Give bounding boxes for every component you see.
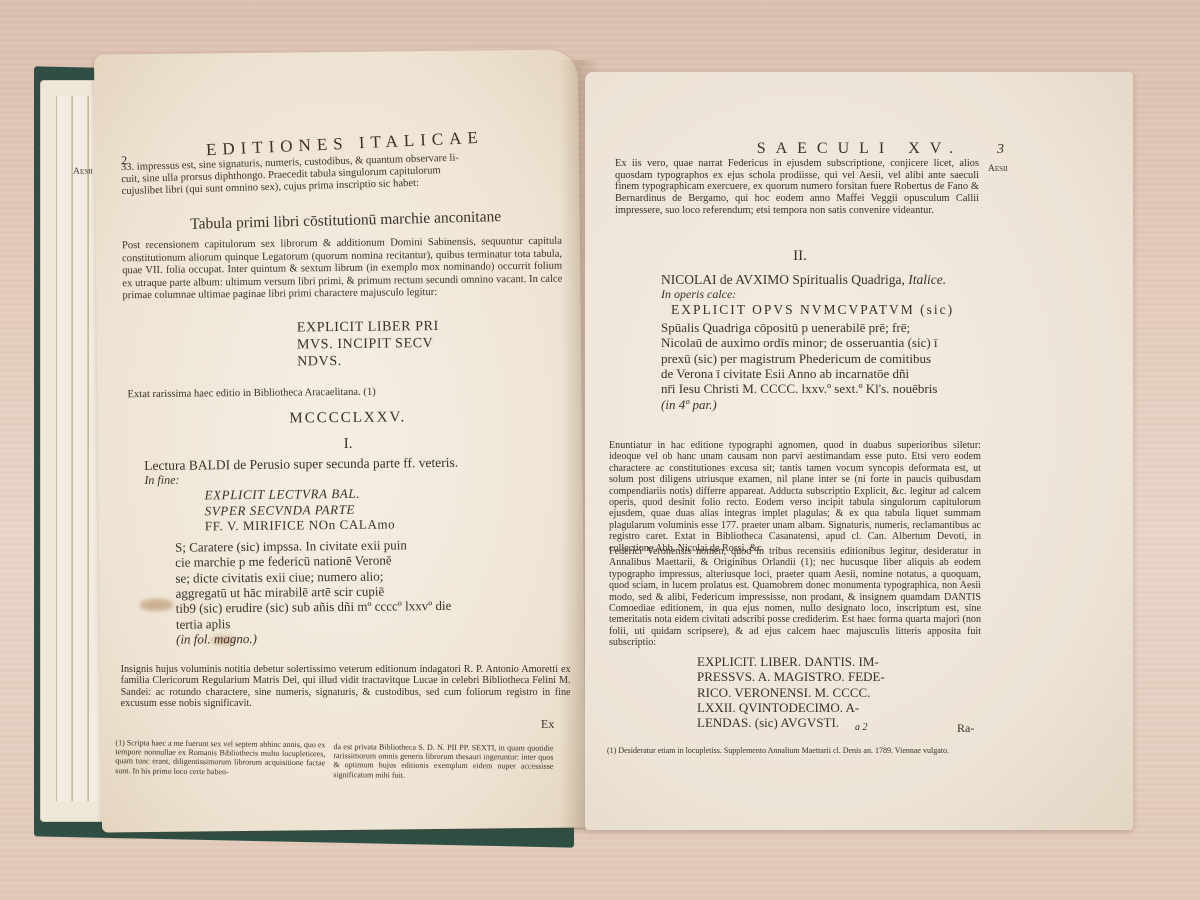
explicit-line: NDVS. [297,353,439,371]
explicit-line: MVS. INCIPIT SECV [297,336,439,354]
extat-line: Extat rarissima haec editio in Bibliothe… [127,385,547,401]
explicit-block-1: EXPLICIT LIBER PRI MVS. INCIPIT SECV NDV… [297,319,440,371]
entry-title-nicolai: NICOLAI de AVXIMO Spiritualis Quadriga, … [661,272,1001,287]
paragraph-enuntiatur: Enuntiatur in hac editione typographi ag… [609,440,981,554]
explicit-line: EXPLICIT LIBER PRI [297,319,439,337]
footnote-left-col-2: da est privata Bibliotheca S. D. N. PII … [333,742,553,780]
colophon-line: nr̄i Iesu Christi M. CCCC. lxxv.º sext.º… [661,381,961,396]
paragraph-ex-iis: Ex iis vero, quae narrat Federicus in ej… [615,158,979,216]
section-number-1: I. [158,434,538,455]
colophon-dantis: EXPLICIT. LIBER. DANTIS. IM- PRESSVS. A.… [697,654,885,731]
foxing-stain [140,599,174,611]
footnote-left-col-1: (1) Scripta haec a me fuerunt sex vel se… [115,738,325,777]
in-fine-label: In fine: [144,474,179,488]
colophon-caps-nicolai: EXPLICIT OPVS NVMCVPATVM (sic) [671,302,954,318]
colophon-line: FF. V. MIRIFICE NOn CALAmo [205,517,395,535]
colophon-text-nicolai: Spūalis Quadriga cōpositū p uenerabilē p… [661,320,961,412]
in-operis-calce-label: In operis calce: [661,288,736,301]
entry-title-italic: Italice. [908,272,946,287]
tabula-title: Tabula primi libri cōstitutionū marchie … [156,207,536,234]
colophon-line: de Verona ī civitate Esii Anno ab incarn… [661,366,961,381]
signature-mark: a 2 [855,722,868,733]
paragraph-insignis: Insignis hujus voluminis notitia debetur… [121,664,571,710]
colophon-line: RICO. VERONENSI. M. CCCC. [697,685,885,700]
colophon-caps-baldi: EXPLICIT LECTVRA BAL. SVPER SECVNDA PART… [204,485,395,534]
paragraph-federici: Federici Veronensis nomen, quod in tribu… [609,546,981,649]
catchword-right: Ra- [957,722,974,735]
margin-note-left: Aesii [73,167,93,178]
colophon-line: Nicolaū de auximo ordīs minor; de osseru… [661,335,961,350]
colophon-line: EXPLICIT. LIBER. DANTIS. IM- [697,654,885,669]
right-page: SAECULI XV. 3 Aesii Ex iis vero, quae na… [585,72,1133,830]
page-number-right: 3 [997,142,1004,158]
format-note: (in 4º par.) [661,397,961,412]
entry-title-baldi: Lectura BALDI de Perusio super secunda p… [144,454,564,474]
format-note: (in fol. magno.) [176,628,536,647]
left-page: EDITIONES ITALICAE 2 Aesii 33. impressus… [94,49,586,832]
section-number-2: II. [615,248,985,265]
running-head-right: SAECULI XV. [735,140,985,158]
catchword-left: Ex [541,718,554,732]
entry-title-text: NICOLAI de AVXIMO Spiritualis Quadriga, [661,272,905,287]
colophon-line: LXXII. QVINTODECIMO. A- [697,700,885,715]
page-edge-stack [56,96,72,801]
footnote-right: (1) Desideratur etiam in locupletiss. Su… [607,746,983,755]
colophon-text-baldi: S; Caratere (sic) impssa. In civitate ex… [175,536,536,647]
margin-note-right: Aesii [988,164,1008,175]
colophon-line: Spūalis Quadriga cōpositū p uenerabilē p… [661,320,961,335]
paragraph-recensionem: Post recensionem capitulorum sex libroru… [122,236,563,303]
page-edge-stack [72,96,88,801]
colophon-line: PRESSVS. A. MAGISTRO. FEDE- [697,669,885,684]
colophon-line: prexū (sic) per magistrum Phedericum de … [661,351,961,366]
year-heading: MCCCCLXXV. [158,408,538,429]
